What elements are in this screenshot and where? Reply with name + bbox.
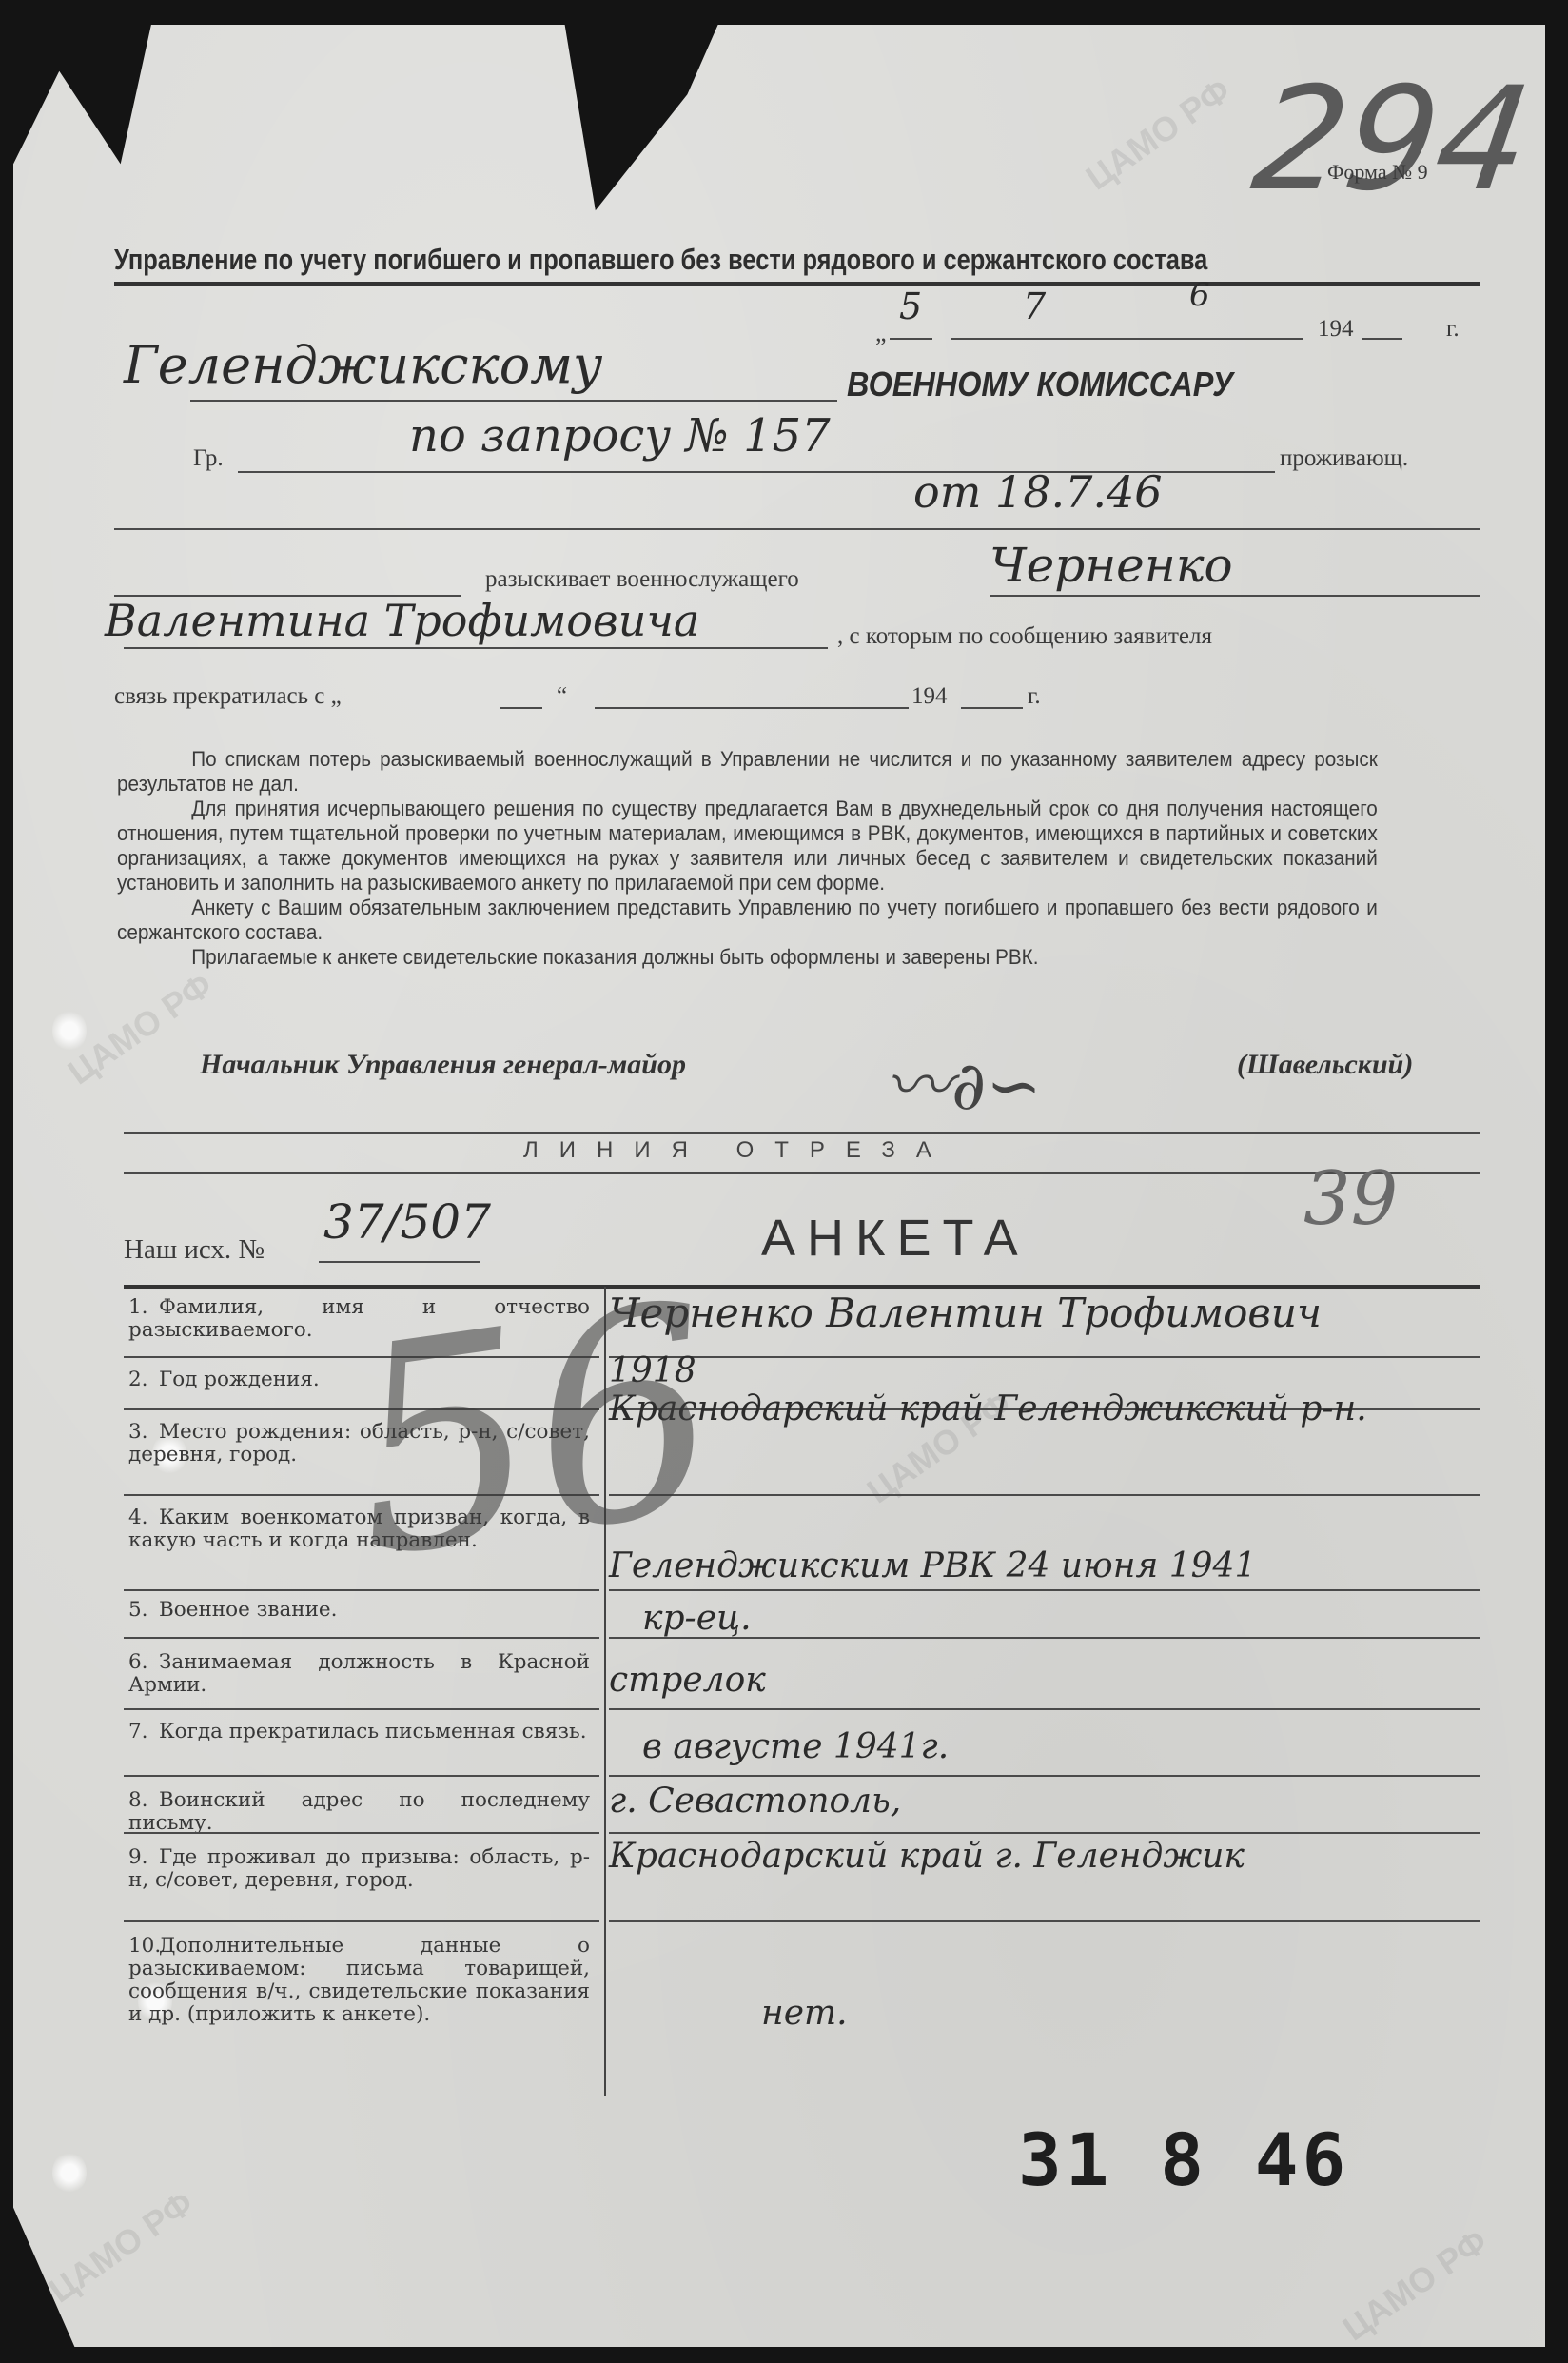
form-number: Форма № 9 bbox=[1327, 160, 1428, 185]
body-paragraph: Анкету с Вашим обязательным заключением … bbox=[117, 896, 1378, 945]
question-number: 9. bbox=[128, 1846, 159, 1869]
date-year-suffix: 6 bbox=[1189, 276, 1210, 314]
contact-label: связь прекратилась с „ bbox=[114, 683, 342, 710]
row-separator bbox=[124, 1637, 599, 1639]
outgoing-line bbox=[319, 1261, 480, 1263]
punch-hole bbox=[52, 1009, 87, 1053]
date-month-line bbox=[951, 338, 1303, 340]
cut-line-top bbox=[124, 1132, 1480, 1134]
signatory-name: (Шавельский) bbox=[1237, 1049, 1413, 1081]
answer-line bbox=[609, 1356, 1480, 1358]
question-text: Дополнительные данные о разыскиваемом: п… bbox=[128, 1934, 590, 2026]
answer-line bbox=[609, 1589, 1480, 1591]
body-text: По спискам потерь разыскиваемый военносл… bbox=[117, 747, 1378, 970]
question-number: 8. bbox=[128, 1789, 159, 1812]
date-open-quote: „ bbox=[875, 319, 887, 347]
questionnaire-answer: Краснодарский край Геленджикский р-н. bbox=[609, 1389, 1367, 1428]
blank-line bbox=[114, 528, 1480, 530]
questionnaire-question: 7.Когда прекратилась письменная связь. bbox=[128, 1721, 590, 1743]
archive-number: 294 bbox=[1245, 57, 1540, 223]
header-title: Управление по учету погибшего и пропавше… bbox=[114, 243, 1238, 277]
row-separator bbox=[124, 1920, 599, 1922]
questionnaire-answer: Краснодарский край г. Геленджик bbox=[609, 1837, 1245, 1876]
date-year-prefix: 194 bbox=[1318, 316, 1354, 343]
row-separator bbox=[124, 1775, 599, 1777]
date-year-line bbox=[1362, 338, 1402, 340]
addressee-printed: ВОЕННОМУ КОМИССАРУ bbox=[847, 364, 1233, 404]
question-text: Воинский адрес по последнему письму. bbox=[128, 1788, 590, 1835]
answer-line bbox=[609, 1920, 1480, 1922]
contact-day-line bbox=[500, 707, 542, 709]
searched-name: Валентина Трофимовича bbox=[105, 595, 699, 646]
signatory-title: Начальник Управления генерал-майор bbox=[200, 1049, 686, 1081]
answer-line bbox=[609, 1637, 1480, 1639]
signature-scribble: 〰∂∽ bbox=[885, 1033, 1042, 1129]
question-number: 5. bbox=[128, 1599, 159, 1622]
date-day-line bbox=[890, 338, 932, 340]
row-separator bbox=[124, 1832, 599, 1834]
date-month: 7 bbox=[1023, 286, 1046, 327]
question-number: 10. bbox=[128, 1935, 159, 1958]
questionnaire-title: АНКЕТА bbox=[761, 1209, 1029, 1268]
cut-line-label: ЛИНИЯ ОТРЕЗА bbox=[523, 1137, 952, 1164]
annotation-39: 39 bbox=[1303, 1156, 1398, 1242]
question-text: Год рождения. bbox=[159, 1368, 320, 1391]
punch-hole bbox=[52, 2151, 87, 2195]
request-date-handwritten: от 18.7.46 bbox=[913, 466, 1163, 518]
addressee-handwritten: Геленджикскому bbox=[124, 335, 602, 395]
questionnaire-question: 8.Воинский адрес по последнему письму. bbox=[128, 1789, 590, 1835]
question-number: 3. bbox=[128, 1421, 159, 1444]
surname-line bbox=[990, 595, 1480, 597]
outgoing-label: Наш исх. № bbox=[124, 1234, 265, 1266]
citizen-handwritten: по запросу № 157 bbox=[409, 409, 831, 463]
name-line bbox=[124, 647, 828, 649]
questionnaire-question: 5.Военное звание. bbox=[128, 1599, 590, 1622]
contact-month-line bbox=[595, 707, 909, 709]
question-number: 4. bbox=[128, 1506, 159, 1529]
questionnaire-question: 9.Где проживал до призыва: область, р-н,… bbox=[128, 1846, 590, 1892]
contact-year-prefix: 194 bbox=[911, 683, 948, 710]
question-text: Когда прекратилась письменная связь. bbox=[159, 1720, 587, 1743]
date-day: 5 bbox=[899, 286, 922, 327]
question-text: Где проживал до призыва: область, р-н, с… bbox=[128, 1845, 590, 1892]
table-top-border bbox=[124, 1285, 1480, 1289]
answer-line bbox=[609, 1775, 1480, 1777]
answer-line bbox=[609, 1494, 1480, 1496]
outgoing-number: 37/507 bbox=[323, 1194, 491, 1250]
contact-close-quote: “ bbox=[557, 683, 567, 710]
search-label: разыскивает военнослужащего bbox=[485, 566, 799, 593]
answer-line bbox=[609, 1832, 1480, 1834]
body-paragraph: Прилагаемые к анкете свидетельские показ… bbox=[117, 945, 1378, 970]
citizen-label: Гр. bbox=[193, 445, 224, 472]
contact-year-line bbox=[961, 707, 1023, 709]
questionnaire-answer: нет. bbox=[761, 1994, 848, 2033]
question-number: 6. bbox=[128, 1651, 159, 1674]
contact-year-label: г. bbox=[1028, 683, 1041, 710]
citizen-suffix: проживающ. bbox=[1280, 445, 1408, 472]
header-underline bbox=[114, 282, 1480, 286]
date-year-label: г. bbox=[1446, 316, 1460, 343]
questionnaire-question: 6.Занимаемая должность в Красной Армии. bbox=[128, 1651, 590, 1697]
questionnaire-answer: кр-ец. bbox=[642, 1599, 752, 1638]
cut-line-bottom bbox=[124, 1172, 1480, 1174]
questionnaire-answer: стрелок bbox=[609, 1661, 766, 1700]
questionnaire-answer: в августе 1941г. bbox=[642, 1727, 949, 1766]
questionnaire-answer: г. Севастополь, bbox=[609, 1782, 901, 1821]
questionnaire-answer: Черненко Валентин Трофимович bbox=[609, 1290, 1322, 1336]
body-paragraph: По спискам потерь разыскиваемый военносл… bbox=[117, 747, 1378, 797]
question-number: 1. bbox=[128, 1296, 159, 1319]
date-stamp: 31 8 46 bbox=[1018, 2117, 1349, 2202]
question-text: Занимаемая должность в Красной Армии. bbox=[128, 1650, 590, 1697]
questionnaire-question: 10.Дополнительные данные о разыскиваемом… bbox=[128, 1935, 590, 2026]
body-paragraph: Для принятия исчерпывающего решения по с… bbox=[117, 797, 1378, 896]
answer-line bbox=[609, 1708, 1480, 1710]
question-text: Военное звание. bbox=[159, 1598, 338, 1622]
searched-surname: Черненко bbox=[990, 538, 1233, 593]
question-number: 7. bbox=[128, 1721, 159, 1743]
large-annotation: 56 bbox=[331, 1242, 737, 1622]
question-number: 2. bbox=[128, 1369, 159, 1391]
addressee-line bbox=[190, 400, 837, 402]
search-suffix: , с которым по сообщению заявителя bbox=[837, 623, 1212, 650]
row-separator bbox=[124, 1708, 599, 1710]
